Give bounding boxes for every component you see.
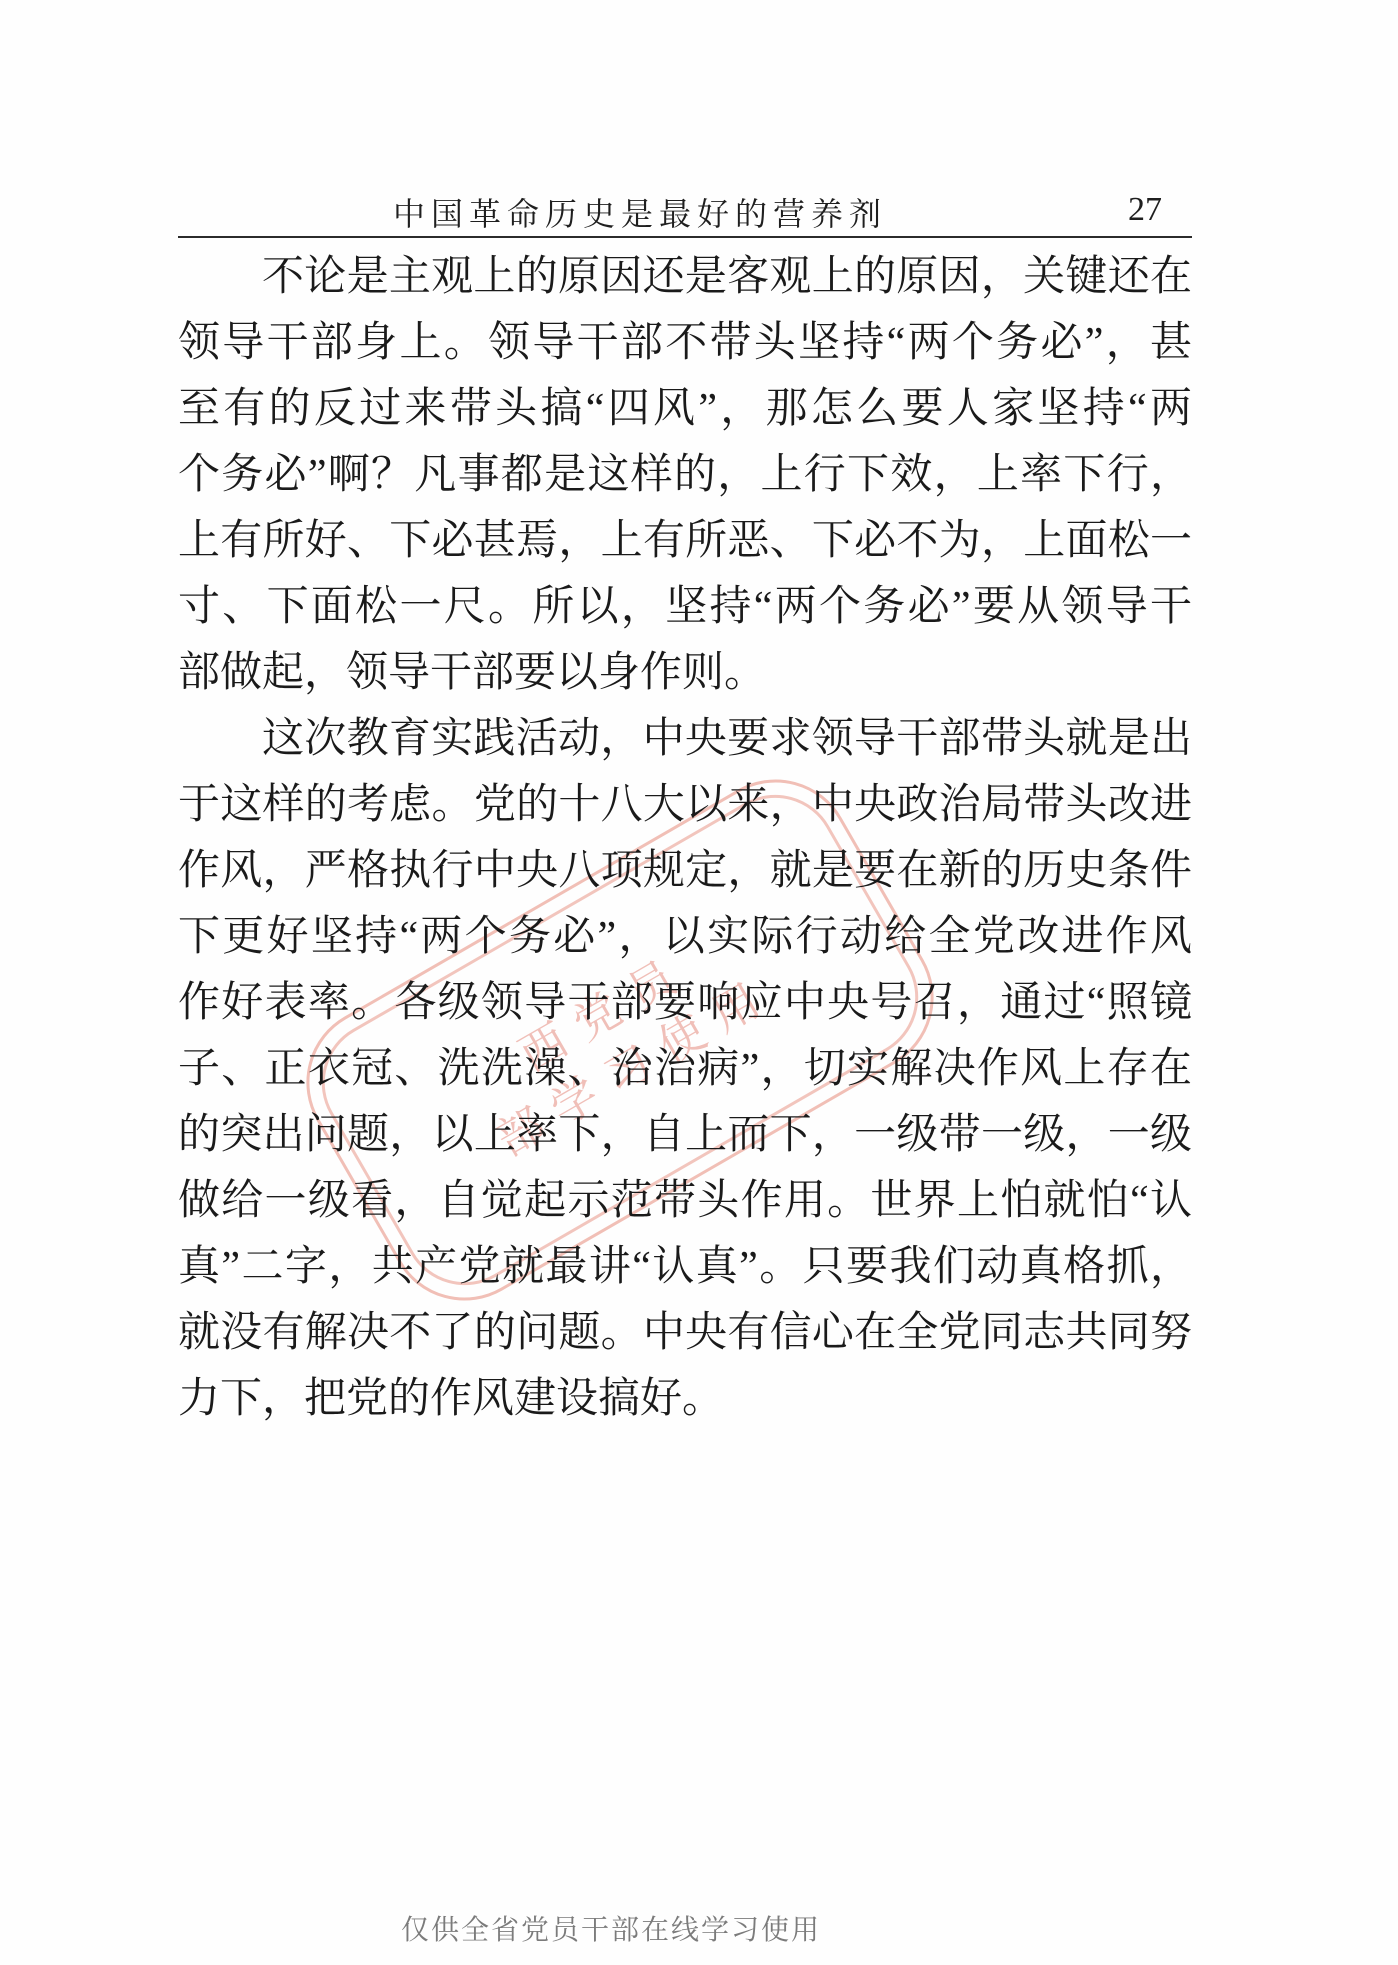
footer-usage-note: 仅供全省党员干部在线学习使用 bbox=[0, 1908, 1222, 1948]
text-line: 作好表率。各级领导干部要响应中央号召，通过“照镜 bbox=[178, 970, 1192, 1036]
paragraph: 不论是主观上的原因还是客观上的原因，关键还在 领导干部身上。领导干部不带头坚持“… bbox=[178, 244, 1192, 706]
header-rule bbox=[178, 236, 1192, 238]
text-line: 下更好坚持“两个务必”，以实际行动给全党改进作风 bbox=[178, 904, 1192, 970]
text-line: 这次教育实践活动，中央要求领导干部带头就是出 bbox=[178, 706, 1192, 772]
running-head-title: 中国革命历史是最好的营养剂 bbox=[0, 189, 1280, 235]
text-line: 做给一级看，自觉起示范带头作用。世界上怕就怕“认 bbox=[178, 1168, 1192, 1234]
text-line: 部做起，领导干部要以身作则。 bbox=[178, 640, 1192, 706]
text-line: 真”二字，共产党就最讲“认真”。只要我们动真格抓， bbox=[178, 1234, 1192, 1300]
text-line: 于这样的考虑。党的十八大以来，中央政治局带头改进 bbox=[178, 772, 1192, 838]
text-line: 上有所好、下必甚焉，上有所恶、下必不为，上面松一 bbox=[178, 508, 1192, 574]
text-line: 领导干部身上。领导干部不带头坚持“两个务必”，甚 bbox=[178, 310, 1192, 376]
text-line: 作风，严格执行中央八项规定，就是要在新的历史条件 bbox=[178, 838, 1192, 904]
text-line: 不论是主观上的原因还是客观上的原因，关键还在 bbox=[178, 244, 1192, 310]
page-number: 27 bbox=[1128, 191, 1162, 229]
paragraph: 这次教育实践活动，中央要求领导干部带头就是出 于这样的考虑。党的十八大以来，中央… bbox=[178, 706, 1192, 1432]
text-line: 寸、下面松一尺。所以，坚持“两个务必”要从领导干 bbox=[178, 574, 1192, 640]
text-line: 至有的反过来带头搞“四风”，那怎么要人家坚持“两 bbox=[178, 376, 1192, 442]
document-page: 中国革命历史是最好的营养剂 27 西党员 部学习使用 不论是主观上的原因还是客观… bbox=[0, 0, 1398, 1965]
text-line: 个务必”啊？凡事都是这样的，上行下效，上率下行， bbox=[178, 442, 1192, 508]
body-text: 不论是主观上的原因还是客观上的原因，关键还在 领导干部身上。领导干部不带头坚持“… bbox=[178, 244, 1192, 1432]
text-line: 子、正衣冠、洗洗澡、治治病”，切实解决作风上存在 bbox=[178, 1036, 1192, 1102]
text-line: 力下，把党的作风建设搞好。 bbox=[178, 1366, 1192, 1432]
text-line: 的突出问题，以上率下，自上而下，一级带一级，一级 bbox=[178, 1102, 1192, 1168]
text-line: 就没有解决不了的问题。中央有信心在全党同志共同努 bbox=[178, 1300, 1192, 1366]
